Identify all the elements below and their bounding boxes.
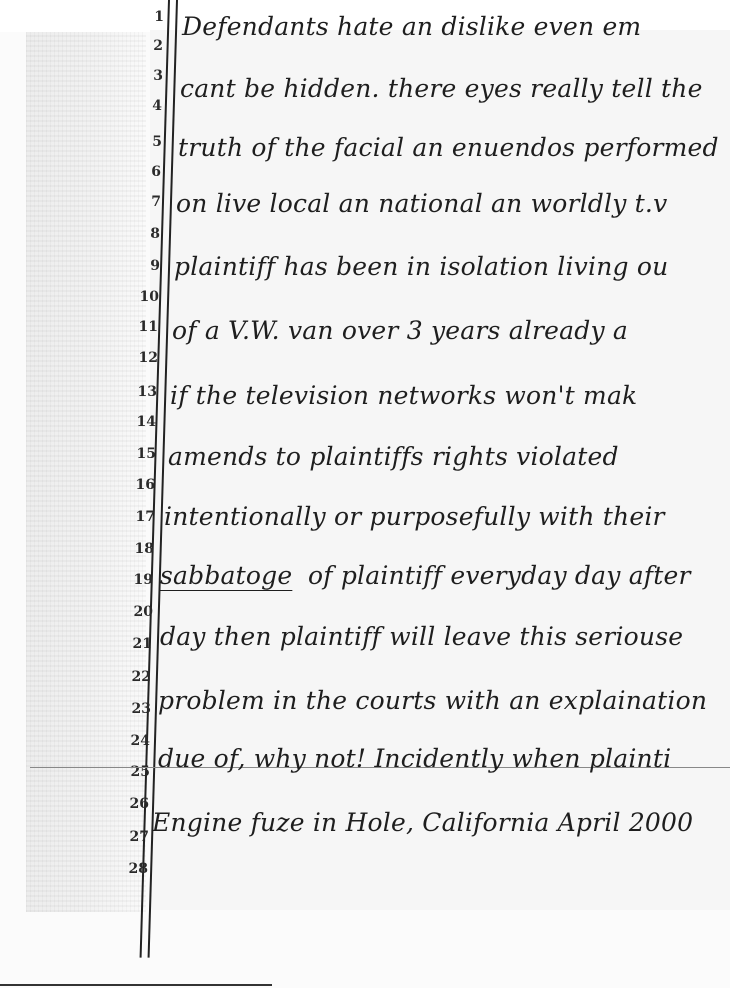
scan-edge-line	[0, 984, 272, 986]
handwritten-underlined-word: sabbatoge	[160, 561, 292, 590]
line-number: 2	[13, 38, 163, 54]
line-number: 13	[7, 384, 157, 400]
line-number: 6	[11, 164, 161, 180]
line-number: 10	[9, 289, 159, 305]
line-number: 21	[2, 636, 152, 652]
line-number: 27	[0, 829, 149, 845]
handwritten-line: of plaintiff everyday day after	[308, 561, 691, 590]
line-number: 22	[1, 669, 151, 685]
handwritten-line: of a V.W. van over 3 years already a	[172, 316, 628, 345]
line-number: 9	[10, 258, 160, 274]
line-number: 18	[4, 541, 154, 557]
line-number: 3	[13, 68, 163, 84]
line-number: 28	[0, 861, 148, 877]
line-number: 19	[3, 572, 153, 588]
line-number: 8	[10, 226, 160, 242]
line-number: 7	[11, 194, 161, 210]
line-number: 24	[0, 733, 150, 749]
line-number: 23	[1, 701, 151, 717]
line-number: 15	[6, 446, 156, 462]
handwritten-line: due of, why not! Incidently when plainti	[158, 744, 671, 773]
handwritten-line: cant be hidden. there eyes really tell t…	[180, 74, 703, 103]
handwritten-line: plaintiff has been in isolation living o…	[174, 252, 668, 281]
line-number: 16	[5, 477, 155, 493]
handwritten-line: Engine fuze in Hole, California April 20…	[152, 808, 693, 837]
line-number: 5	[12, 134, 162, 150]
handwritten-line: day then plaintiff will leave this serio…	[160, 622, 683, 651]
line-number: 1	[14, 9, 164, 25]
line-number: 11	[8, 319, 158, 335]
line-number: 4	[12, 98, 162, 114]
handwritten-line: if the television networks won't mak	[170, 381, 637, 410]
line-number: 14	[6, 414, 156, 430]
handwritten-line: problem in the courts with an explainati…	[158, 686, 707, 715]
line-number: 17	[5, 509, 155, 525]
line-number: 12	[8, 350, 158, 366]
line-number: 20	[3, 604, 153, 620]
handwritten-line: on live local an national an worldly t.v	[176, 189, 667, 218]
handwritten-line: Defendants hate an dislike even em	[182, 12, 641, 41]
handwritten-line: amends to plaintiffs rights violated	[168, 442, 619, 471]
line-number: 26	[0, 796, 149, 812]
scanned-page: 1 2 3 4 5 6 7 8 9 10 11 12 13 14 15 16 1…	[0, 0, 730, 988]
handwritten-line: truth of the facial an enuendos performe…	[178, 133, 719, 162]
handwritten-line: intentionally or purposefully with their	[164, 502, 665, 531]
